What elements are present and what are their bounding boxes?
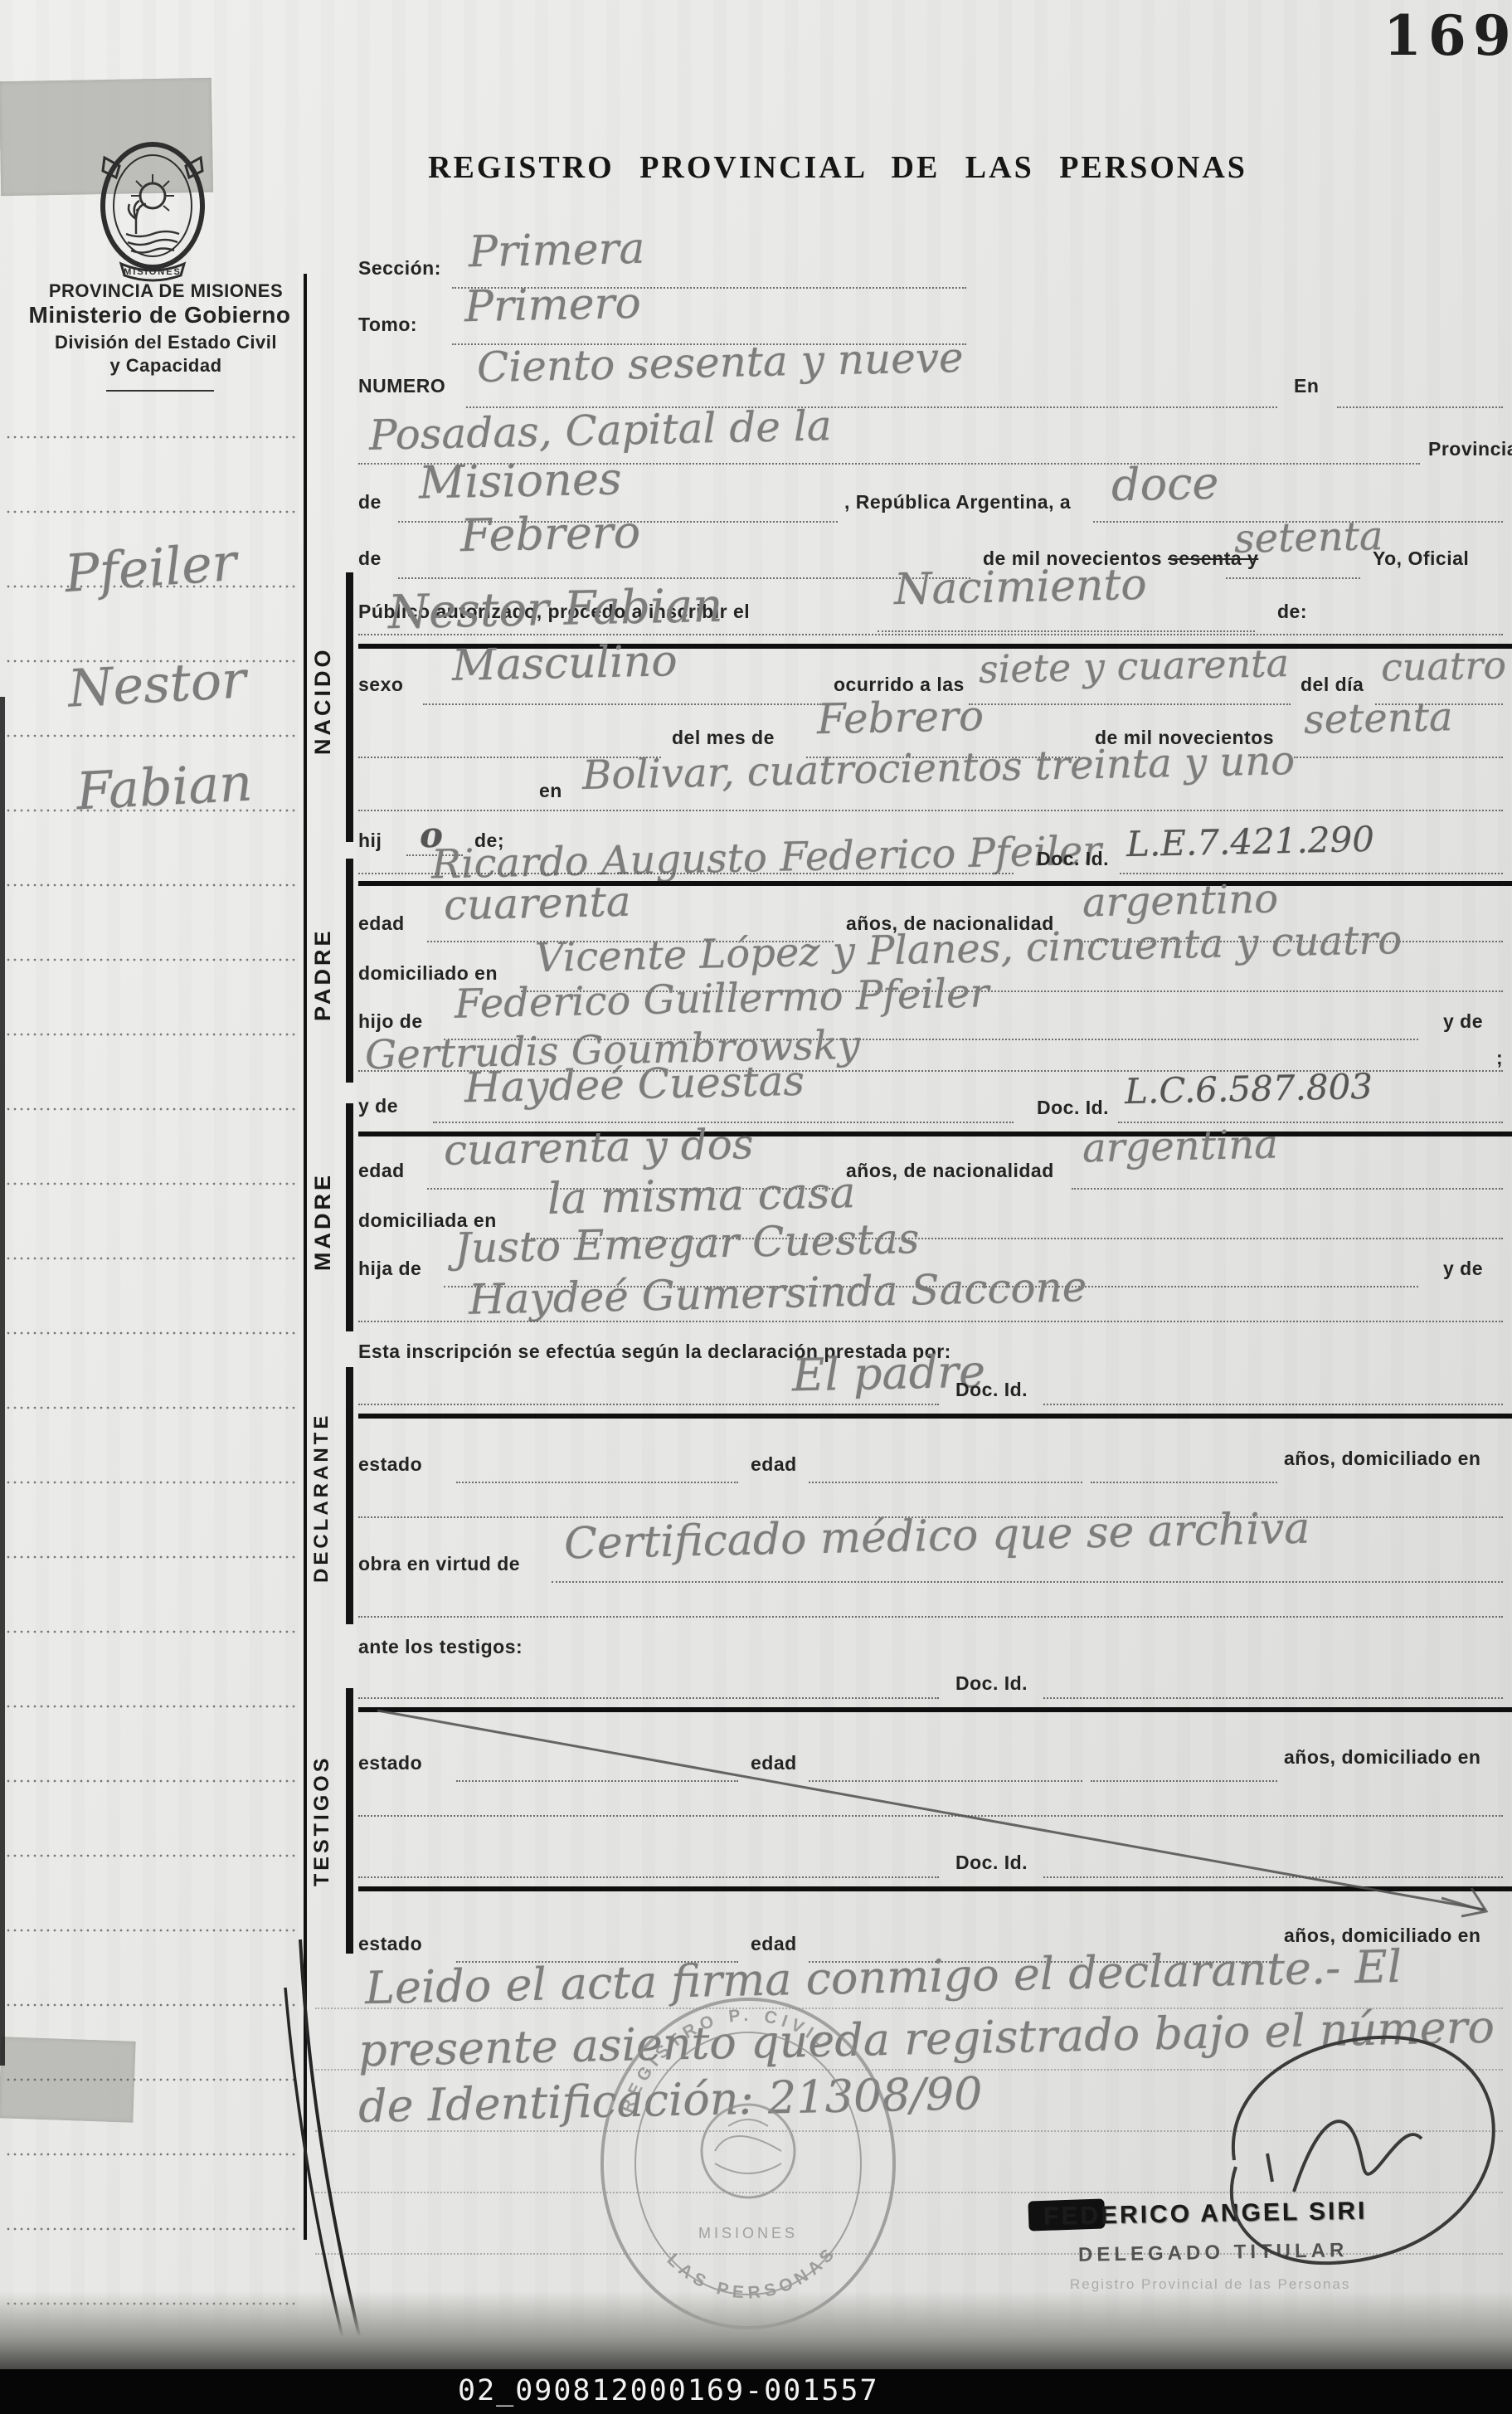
ink-strokes-layer bbox=[0, 0, 1512, 2414]
paper-bottom-shadow bbox=[0, 2291, 1512, 2374]
scan-reference-number: 02_090812000169-001557 bbox=[458, 2374, 879, 2407]
testigos-void-diagonal bbox=[377, 1711, 1485, 1910]
signature-squiggle bbox=[1294, 2121, 1422, 2192]
scanned-birth-certificate: 169 MISIONES PROVINCIA DE MISIONES Minis… bbox=[0, 0, 1512, 2414]
signature-loop bbox=[1232, 2037, 1494, 2263]
